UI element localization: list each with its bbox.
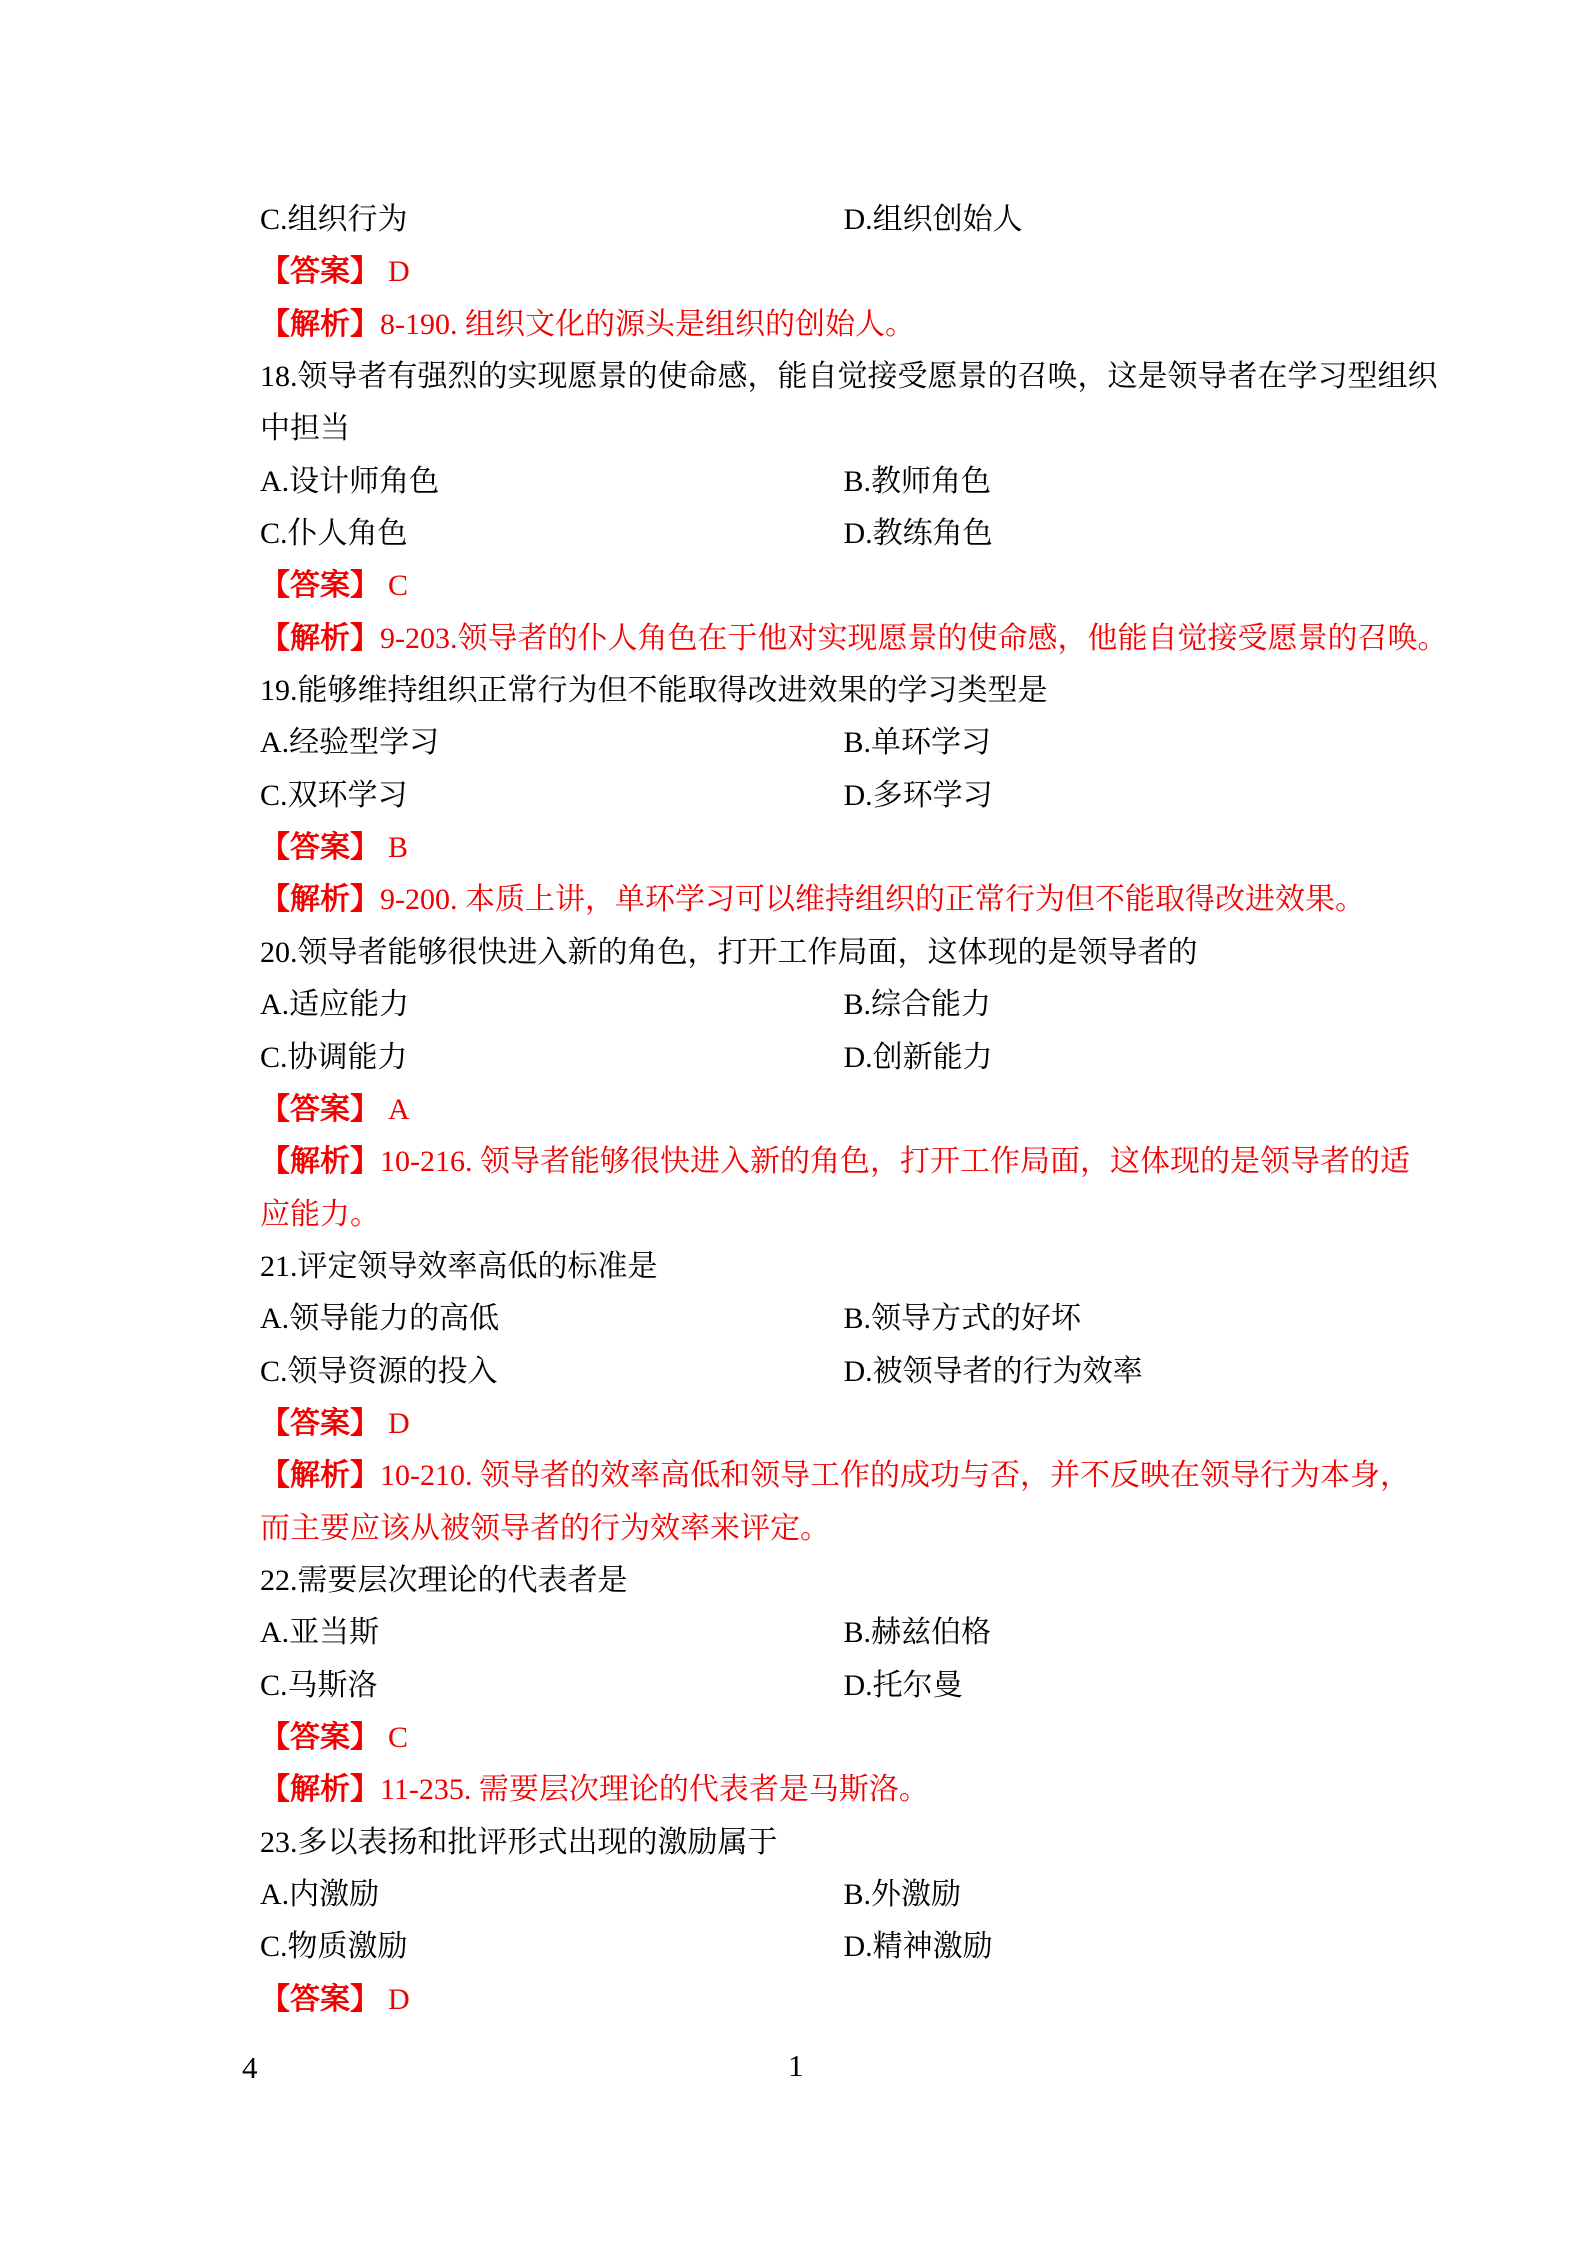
analysis-text-21-2: 而主要应该从被领导者的行为效率来评定。 [260,1512,830,1545]
document-page: C.组织行为 D.组织创始人 【答案】D 【解析】8-190. 组织文化的源头是… [0,0,1587,2245]
answer-label: 【答案】 [260,1407,380,1440]
options-row: C.仆人角色 D.教练角色 [260,508,1460,560]
analysis-text-22: 11-235. 需要层次理论的代表者是马斯洛。 [380,1773,929,1806]
answer-label: 【答案】 [260,569,380,602]
option-19-c: C.双环学习 [260,770,836,822]
option-21-c: C.领导资源的投入 [260,1346,836,1398]
options-row: C.协调能力 D.创新能力 [260,1032,1460,1084]
answer-letter-17: D [388,255,410,288]
option-18-a: A.设计师角色 [260,456,836,508]
analysis-text-20-2: 应能力。 [260,1198,380,1231]
option-22-b: B.赫兹伯格 [844,1616,992,1649]
options-row: A.领导能力的高低 B.领导方式的好坏 [260,1293,1460,1345]
answer-letter-19: B [388,831,408,864]
analysis-label: 【解析】 [260,308,380,341]
answer-line-23: 【答案】D [260,1974,1460,2026]
question-19-stem-line-1: 19.能够维持组织正常行为但不能取得改进效果的学习类型是 [260,665,1460,717]
answer-letter-21: D [388,1407,410,1440]
answer-letter-22: C [388,1721,408,1754]
answer-letter-23: D [388,1983,410,2016]
option-20-a: A.适应能力 [260,979,836,1031]
option-19-a: A.经验型学习 [260,717,836,769]
option-18-b: B.教师角色 [844,465,992,498]
analysis-line-20-2: 应能力。 [260,1189,1460,1241]
analysis-label: 【解析】 [260,622,380,655]
analysis-line-19: 【解析】9-200. 本质上讲，单环学习可以维持组织的正常行为但不能取得改进效果… [260,874,1460,926]
question-22-stem-line-1: 22.需要层次理论的代表者是 [260,1555,1460,1607]
option-18-d: D.教练角色 [844,517,993,550]
options-row: A.亚当斯 B.赫兹伯格 [260,1607,1460,1659]
option-19-d: D.多环学习 [844,779,993,812]
analysis-label: 【解析】 [260,1773,380,1806]
page-number-left: 4 [242,2052,258,2083]
options-row: C.物质激励 D.精神激励 [260,1921,1460,1973]
option-23-a: A.内激励 [260,1869,836,1921]
analysis-line-18: 【解析】9-203.领导者的仆人角色在于他对实现愿景的使命感，他能自觉接受愿景的… [260,613,1460,665]
answer-label: 【答案】 [260,255,380,288]
options-row: A.设计师角色 B.教师角色 [260,456,1460,508]
options-row: C.双环学习 D.多环学习 [260,770,1460,822]
question-18-stem-line-1: 18.领导者有强烈的实现愿景的使命感，能自觉接受愿景的召唤，这是领导者在学习型组… [260,351,1460,403]
option-18-c: C.仆人角色 [260,508,836,560]
option-23-b: B.外激励 [844,1878,962,1911]
option-22-d: D.托尔曼 [844,1669,963,1702]
analysis-label: 【解析】 [260,1145,380,1178]
document-body: C.组织行为 D.组织创始人 【答案】D 【解析】8-190. 组织文化的源头是… [260,194,1460,2026]
answer-letter-20: A [388,1093,410,1126]
options-row: C.组织行为 D.组织创始人 [260,194,1460,246]
options-row: A.经验型学习 B.单环学习 [260,717,1460,769]
options-row: C.领导资源的投入 D.被领导者的行为效率 [260,1346,1460,1398]
analysis-line-22: 【解析】11-235. 需要层次理论的代表者是马斯洛。 [260,1764,1460,1816]
answer-line-19: 【答案】B [260,822,1460,874]
option-21-b: B.领导方式的好坏 [844,1302,1082,1335]
answer-line-17: 【答案】D [260,246,1460,298]
analysis-text-19: 9-200. 本质上讲，单环学习可以维持组织的正常行为但不能取得改进效果。 [380,883,1365,916]
answer-label: 【答案】 [260,831,380,864]
option-22-c: C.马斯洛 [260,1660,836,1712]
analysis-line-17: 【解析】8-190. 组织文化的源头是组织的创始人。 [260,299,1460,351]
analysis-text-21-1: 10-210. 领导者的效率高低和领导工作的成功与否，并不反映在领导行为本身， [380,1459,1410,1492]
analysis-line-20-1: 【解析】10-216. 领导者能够很快进入新的角色，打开工作局面，这体现的是领导… [260,1136,1460,1188]
answer-label: 【答案】 [260,1721,380,1754]
options-row: C.马斯洛 D.托尔曼 [260,1660,1460,1712]
answer-line-22: 【答案】C [260,1712,1460,1764]
analysis-label: 【解析】 [260,1459,380,1492]
analysis-label: 【解析】 [260,883,380,916]
question-21-stem-line-1: 21.评定领导效率高低的标准是 [260,1241,1460,1293]
analysis-text-17: 8-190. 组织文化的源头是组织的创始人。 [380,308,915,341]
option-19-b: B.单环学习 [844,726,992,759]
question-20-stem-line-1: 20.领导者能够很快进入新的角色，打开工作局面，这体现的是领导者的 [260,927,1460,979]
options-row: A.内激励 B.外激励 [260,1869,1460,1921]
answer-line-20: 【答案】A [260,1084,1460,1136]
answer-label: 【答案】 [260,1093,380,1126]
answer-label: 【答案】 [260,1983,380,2016]
answer-letter-18: C [388,569,408,602]
question-18-stem-line-2: 中担当 [260,403,1460,455]
option-22-a: A.亚当斯 [260,1607,836,1659]
analysis-text-18: 9-203.领导者的仆人角色在于他对实现愿景的使命感，他能自觉接受愿景的召唤。 [380,622,1448,655]
option-17-c: C.组织行为 [260,194,836,246]
option-20-d: D.创新能力 [844,1041,993,1074]
question-23-stem-line-1: 23.多以表扬和批评形式出现的激励属于 [260,1817,1460,1869]
answer-line-21: 【答案】D [260,1398,1460,1450]
option-20-c: C.协调能力 [260,1032,836,1084]
options-row: A.适应能力 B.综合能力 [260,979,1460,1031]
page-number-center: 1 [788,2050,804,2081]
answer-line-18: 【答案】C [260,560,1460,612]
analysis-text-20-1: 10-216. 领导者能够很快进入新的角色，打开工作局面，这体现的是领导者的适 [380,1145,1410,1178]
analysis-line-21-1: 【解析】10-210. 领导者的效率高低和领导工作的成功与否，并不反映在领导行为… [260,1450,1460,1502]
option-20-b: B.综合能力 [844,988,992,1021]
option-23-d: D.精神激励 [844,1930,993,1963]
analysis-line-21-2: 而主要应该从被领导者的行为效率来评定。 [260,1503,1460,1555]
option-17-d: D.组织创始人 [844,203,1023,236]
option-23-c: C.物质激励 [260,1921,836,1973]
option-21-a: A.领导能力的高低 [260,1293,836,1345]
option-21-d: D.被领导者的行为效率 [844,1355,1143,1388]
